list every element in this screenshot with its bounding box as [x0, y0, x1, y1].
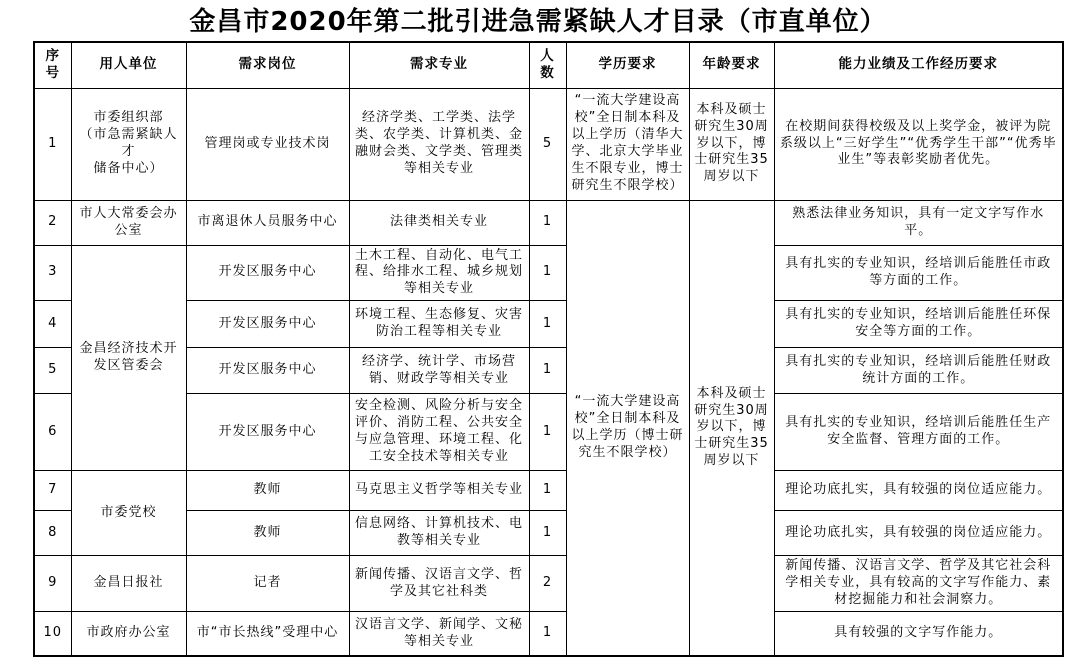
- talent-catalog-table: 序号 用人单位 需求岗位 需求专业 人数 学历要求 年龄要求 能力业绩及工作经历…: [33, 41, 1064, 657]
- col-header-count: 人数: [529, 42, 566, 88]
- cell-position: 记者: [186, 556, 349, 612]
- cell-count: 5: [529, 88, 566, 200]
- table-row: 1 市委组织部 （市急需紧缺人才 储备中心） 管理岗或专业技术岗 经济学类、工学…: [34, 88, 1063, 200]
- cell-major: 法律类相关专业: [349, 200, 529, 245]
- cell-major: 经济学类、工学类、法学类、农学类、计算机类、金融财会类、文学类、管理类等相关专业: [349, 88, 529, 200]
- col-header-position: 需求岗位: [186, 42, 349, 88]
- col-header-education: 学历要求: [566, 42, 689, 88]
- table-row: 3 金昌经济技术开发区管委会 开发区服务中心 土木工程、自动化、电气工程、给排水…: [34, 245, 1063, 301]
- cell-requirements: 具有较强的文字写作能力。: [774, 611, 1063, 656]
- cell-serial: 3: [34, 245, 71, 301]
- cell-serial: 7: [34, 471, 71, 511]
- cell-serial: 2: [34, 200, 71, 245]
- cell-requirements: 在校期间获得校级及以上奖学金，被评为院系级以上“三好学生”“优秀学生干部”“优秀…: [774, 88, 1063, 200]
- table-row: 5 开发区服务中心 经济学、统计学、市场营销、财政学等相关专业 1 具有扎实的专…: [34, 348, 1063, 394]
- col-header-serial: 序号: [34, 42, 71, 88]
- cell-employer-merged: 金昌经济技术开发区管委会: [71, 245, 186, 471]
- table-row: 2 市人大常委会办公室 市离退休人员服务中心 法律类相关专业 1 “一流大学建设…: [34, 200, 1063, 245]
- cell-requirements: 具有扎实的专业知识，经培训后能胜任生产安全监督、管理方面的工作。: [774, 394, 1063, 471]
- cell-requirements: 新闻传播、汉语言文学、哲学及其它社会科学相关专业，具有较高的文字写作能力、素材挖…: [774, 556, 1063, 612]
- cell-requirements: 具有扎实的专业知识，经培训后能胜任市政等方面的工作。: [774, 245, 1063, 301]
- cell-position: 开发区服务中心: [186, 348, 349, 394]
- cell-count: 1: [529, 471, 566, 511]
- cell-count: 1: [529, 200, 566, 245]
- document-page: 金昌市2020年第二批引进急需紧缺人才目录（市直单位） 序号 用人单位 需求岗位…: [0, 0, 1076, 660]
- cell-education-merged: “一流大学建设高校”全日制本科及以上学历（博士研究生不限学校）: [566, 200, 689, 656]
- cell-serial: 6: [34, 394, 71, 471]
- col-header-major: 需求专业: [349, 42, 529, 88]
- cell-major: 汉语言文学、新闻学、文秘等相关专业: [349, 611, 529, 656]
- col-header-age: 年龄要求: [689, 42, 774, 88]
- cell-count: 2: [529, 556, 566, 612]
- cell-employer: 市人大常委会办公室: [71, 200, 186, 245]
- cell-count: 1: [529, 394, 566, 471]
- cell-employer: 市委组织部 （市急需紧缺人才 储备中心）: [71, 88, 186, 200]
- header-row: 序号 用人单位 需求岗位 需求专业 人数 学历要求 年龄要求 能力业绩及工作经历…: [34, 42, 1063, 88]
- cell-requirements: 理论功底扎实，具有较强的岗位适应能力。: [774, 511, 1063, 556]
- cell-serial: 4: [34, 301, 71, 348]
- page-title: 金昌市2020年第二批引进急需紧缺人才目录（市直单位）: [0, 0, 1076, 40]
- cell-count: 1: [529, 511, 566, 556]
- cell-employer: 市政府办公室: [71, 611, 186, 656]
- table-row: 9 金昌日报社 记者 新闻传播、汉语言文学、哲学及其它社科类 2 新闻传播、汉语…: [34, 556, 1063, 612]
- cell-position: 教师: [186, 471, 349, 511]
- cell-major: 经济学、统计学、市场营销、财政学等相关专业: [349, 348, 529, 394]
- cell-major: 安全检测、风险分析与安全评价、消防工程、公共安全与应急管理、环境工程、化工安全技…: [349, 394, 529, 471]
- cell-requirements: 熟悉法律业务知识，具有一定文字写作水平。: [774, 200, 1063, 245]
- cell-major: 土木工程、自动化、电气工程、给排水工程、城乡规划等相关专业: [349, 245, 529, 301]
- cell-serial: 9: [34, 556, 71, 612]
- cell-employer-merged: 市委党校: [71, 471, 186, 556]
- cell-major: 马克思主义哲学等相关专业: [349, 471, 529, 511]
- cell-position: 开发区服务中心: [186, 245, 349, 301]
- cell-age: 本科及硕士研究生30周岁以下，博士研究生35周岁以下: [689, 88, 774, 200]
- table-row: 4 开发区服务中心 环境工程、生态修复、灾害防治工程等相关专业 1 具有扎实的专…: [34, 301, 1063, 348]
- col-header-employer: 用人单位: [71, 42, 186, 88]
- cell-major: 新闻传播、汉语言文学、哲学及其它社科类: [349, 556, 529, 612]
- cell-serial: 10: [34, 611, 71, 656]
- cell-count: 1: [529, 301, 566, 348]
- cell-requirements: 理论功底扎实，具有较强的岗位适应能力。: [774, 471, 1063, 511]
- cell-serial: 1: [34, 88, 71, 200]
- table-row: 10 市政府办公室 市“市长热线”受理中心 汉语言文学、新闻学、文秘等相关专业 …: [34, 611, 1063, 656]
- cell-employer: 金昌日报社: [71, 556, 186, 612]
- cell-position: 开发区服务中心: [186, 301, 349, 348]
- table-row: 6 开发区服务中心 安全检测、风险分析与安全评价、消防工程、公共安全与应急管理、…: [34, 394, 1063, 471]
- cell-count: 1: [529, 611, 566, 656]
- cell-serial: 5: [34, 348, 71, 394]
- cell-requirements: 具有扎实的专业知识，经培训后能胜任财政统计方面的工作。: [774, 348, 1063, 394]
- col-header-requirements: 能力业绩及工作经历要求: [774, 42, 1063, 88]
- cell-position: 开发区服务中心: [186, 394, 349, 471]
- cell-position: 市离退休人员服务中心: [186, 200, 349, 245]
- cell-position: 教师: [186, 511, 349, 556]
- cell-major: 环境工程、生态修复、灾害防治工程等相关专业: [349, 301, 529, 348]
- cell-count: 1: [529, 348, 566, 394]
- table-row: 7 市委党校 教师 马克思主义哲学等相关专业 1 理论功底扎实，具有较强的岗位适…: [34, 471, 1063, 511]
- cell-position: 市“市长热线”受理中心: [186, 611, 349, 656]
- cell-education: “一流大学建设高校”全日制本科及以上学历（清华大学、北京大学毕业生不限专业，博士…: [566, 88, 689, 200]
- cell-age-merged: 本科及硕士研究生30周岁以下，博士研究生35周岁以下: [689, 200, 774, 656]
- cell-position: 管理岗或专业技术岗: [186, 88, 349, 200]
- cell-major: 信息网络、计算机技术、电教等相关专业: [349, 511, 529, 556]
- cell-count: 1: [529, 245, 566, 301]
- table-row: 8 教师 信息网络、计算机技术、电教等相关专业 1 理论功底扎实，具有较强的岗位…: [34, 511, 1063, 556]
- cell-serial: 8: [34, 511, 71, 556]
- cell-requirements: 具有扎实的专业知识，经培训后能胜任环保安全等方面的工作。: [774, 301, 1063, 348]
